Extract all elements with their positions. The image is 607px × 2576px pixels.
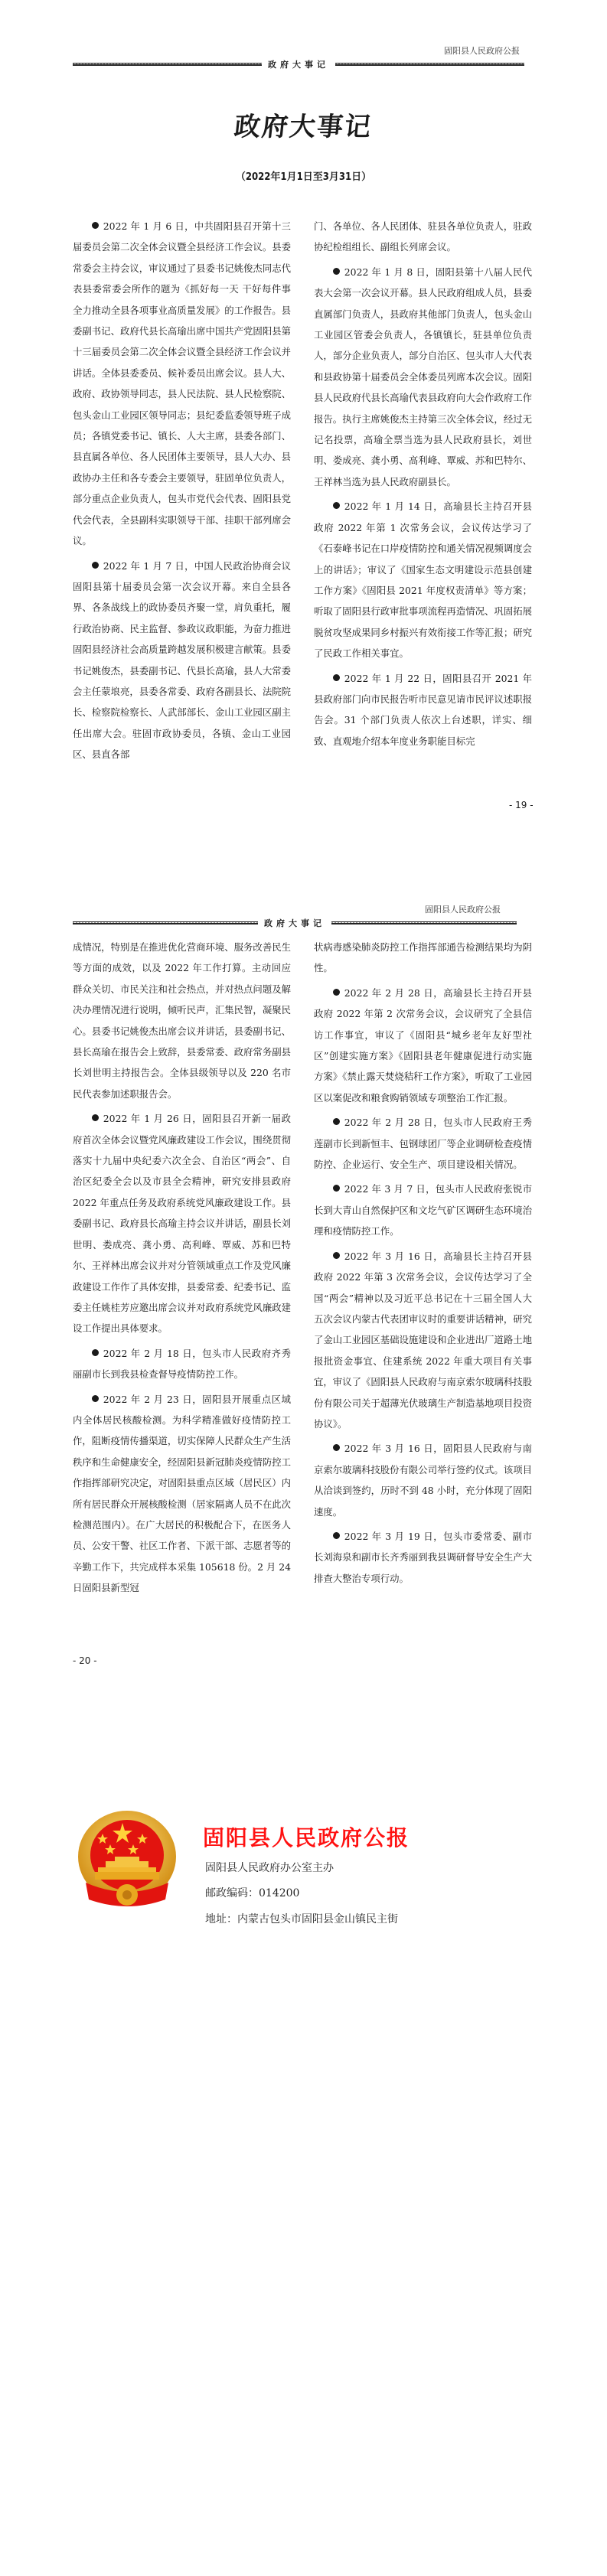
event-text: 2022 年 3 月 7 日，包头市人民政府张锐市长到大青山自然保护区和文圪气矿… <box>314 1183 532 1237</box>
bullet-icon <box>333 989 340 996</box>
event-text: 2022 年 2 月 28 日，高瑜县长主持召开县政府 2022 年第 2 次常… <box>314 987 532 1104</box>
bullet-icon <box>92 1114 99 1121</box>
page19-right-column: 门、各单位、各人民团体、驻县各单位负责人，驻政协纪检组组长、副组长列席会议。 2… <box>314 216 532 755</box>
event-text: 门、各单位、各人民团体、驻县各单位负责人，驻政协纪检组组长、副组长列席会议。 <box>314 220 532 253</box>
event-text: 2022 年 1 月 26 日，固阳县召开新一届政府首次全体会议暨党风廉政建设工… <box>73 1113 291 1334</box>
page19-left-column: 2022 年 1 月 6 日，中共固阳县召开第十三届委员会第二次全体会议暨全县经… <box>73 216 291 769</box>
event-item-continued: 成情况，特别是在推进优化营商环境、服务改善民生等方面的成效，以及 2022 年工… <box>73 937 291 1104</box>
section-header-rule: 政府大事记 <box>73 58 524 70</box>
event-text: 2022 年 1 月 22 日，固阳县召开 2021 年县政府部门向市民报告听市… <box>314 673 532 747</box>
double-rule-left <box>73 63 262 66</box>
event-text: 2022 年 3 月 16 日，固阳县人民政府与南京索尔玻璃科技股份有限公司举行… <box>314 1443 532 1517</box>
page20-right-column: 状病毒感染肺炎防控工作指挥部通告检测结果均为阴性。 2022 年 2 月 28 … <box>314 937 532 1593</box>
event-item: 2022 年 3 月 16 日，固阳县人民政府与南京索尔玻璃科技股份有限公司举行… <box>314 1438 532 1522</box>
address-line: 地址：内蒙古包头市固阳县金山镇民主街 <box>205 1911 398 1926</box>
running-head: 固阳县人民政府公报 <box>444 44 520 57</box>
event-text: 2022 年 1 月 7 日，中国人民政治协商会议固阳县第十届委员会第一次会议开… <box>73 560 291 761</box>
event-item: 2022 年 2 月 28 日，包头市人民政府王秀莲副市长到新恒丰、包钢球团厂等… <box>314 1112 532 1175</box>
section-tag: 政府大事记 <box>262 58 335 70</box>
bullet-icon <box>333 1444 340 1451</box>
event-item: 2022 年 1 月 7 日，中国人民政治协商会议固阳县第十届委员会第一次会议开… <box>73 556 291 765</box>
page-number: - 19 - <box>509 800 534 810</box>
section-tag: 政府大事记 <box>258 917 331 929</box>
bullet-icon <box>92 1349 99 1356</box>
event-text: 2022 年 3 月 19 日，包头市委常委、副市长刘海泉和副市长齐秀丽到我县调… <box>314 1531 532 1584</box>
bullet-icon <box>333 1185 340 1192</box>
event-item: 2022 年 2 月 28 日，高瑜县长主持召开县政府 2022 年第 2 次常… <box>314 983 532 1108</box>
event-text: 2022 年 1 月 6 日，中共固阳县召开第十三届委员会第二次全体会议暨全县经… <box>73 220 291 546</box>
event-text: 2022 年 2 月 23 日，固阳县开展重点区域内全体居民核酸检测。为科学精准… <box>73 1394 291 1594</box>
bullet-icon <box>333 268 340 275</box>
double-rule-left <box>73 921 258 924</box>
event-text: 2022 年 3 月 16 日，高瑜县长主持召开县政府 2022 年第 3 次常… <box>314 1251 532 1430</box>
bullet-icon <box>333 1118 340 1125</box>
event-item: 2022 年 2 月 18 日，包头市人民政府齐秀丽副市长到我县检查督导疫情防控… <box>73 1343 291 1385</box>
event-item: 2022 年 1 月 26 日，固阳县召开新一届政府首次全体会议暨党风廉政建设工… <box>73 1108 291 1339</box>
bullet-icon <box>333 502 340 509</box>
date-range: （2022年1月1日至3月31日） <box>0 168 607 183</box>
postcode-line: 邮政编码：014200 <box>205 1885 299 1900</box>
bullet-icon <box>92 562 99 569</box>
event-item-continued: 门、各单位、各人民团体、驻县各单位负责人，驻政协纪检组组长、副组长列席会议。 <box>314 216 532 258</box>
bullet-icon <box>92 222 99 229</box>
event-text: 2022 年 1 月 8 日，固阳县第十八届人民代表大会第一次会议开幕。县人民政… <box>314 266 532 487</box>
bullet-icon <box>92 1395 99 1402</box>
event-item: 2022 年 1 月 6 日，中共固阳县召开第十三届委员会第二次全体会议暨全县经… <box>73 216 291 552</box>
bullet-icon <box>333 1532 340 1539</box>
event-text: 2022 年 2 月 18 日，包头市人民政府齐秀丽副市长到我县检查督导疫情防控… <box>73 1348 291 1380</box>
event-text: 状病毒感染肺炎防控工作指挥部通告检测结果均为阴性。 <box>314 941 532 973</box>
double-rule-right <box>335 63 524 66</box>
bullet-icon <box>333 674 340 681</box>
event-item: 2022 年 1 月 8 日，固阳县第十八届人民代表大会第一次会议开幕。县人民政… <box>314 262 532 492</box>
section-header-rule: 政府大事记 <box>73 917 517 929</box>
bullet-icon <box>333 1252 340 1259</box>
national-emblem-icon <box>75 1809 179 1916</box>
page-number: - 20 - <box>73 1655 97 1666</box>
event-text: 成情况，特别是在推进优化营商环境、服务改善民生等方面的成效，以及 2022 年工… <box>73 941 291 1100</box>
event-text: 2022 年 2 月 28 日，包头市人民政府王秀莲副市长到新恒丰、包钢球团厂等… <box>314 1117 532 1170</box>
event-text: 2022 年 1 月 14 日，高瑜县长主持召开县政府 2022 年第 1 次常… <box>314 501 532 659</box>
event-item: 2022 年 1 月 22 日，固阳县召开 2021 年县政府部门向市民报告听市… <box>314 668 532 752</box>
running-head: 固阳县人民政府公报 <box>425 903 501 915</box>
event-item-continued: 状病毒感染肺炎防控工作指挥部通告检测结果均为阴性。 <box>314 937 532 979</box>
event-item: 2022 年 3 月 19 日，包头市委常委、副市长刘海泉和副市长齐秀丽到我县调… <box>314 1526 532 1589</box>
event-item: 2022 年 3 月 16 日，高瑜县长主持召开县政府 2022 年第 3 次常… <box>314 1246 532 1435</box>
double-rule-right <box>331 921 517 924</box>
event-item: 2022 年 2 月 23 日，固阳县开展重点区域内全体居民核酸检测。为科学精准… <box>73 1389 291 1599</box>
event-item: 2022 年 1 月 14 日，高瑜县长主持召开县政府 2022 年第 1 次常… <box>314 496 532 664</box>
page-title: 政府大事记 <box>0 106 607 143</box>
sponsor-line: 固阳县人民政府办公室主办 <box>205 1860 334 1875</box>
bulletin-title: 固阳县人民政府公报 <box>203 1821 410 1852</box>
event-item: 2022 年 3 月 7 日，包头市人民政府张锐市长到大青山自然保护区和文圪气矿… <box>314 1179 532 1241</box>
page20-left-column: 成情况，特别是在推进优化营商环境、服务改善民生等方面的成效，以及 2022 年工… <box>73 937 291 1603</box>
